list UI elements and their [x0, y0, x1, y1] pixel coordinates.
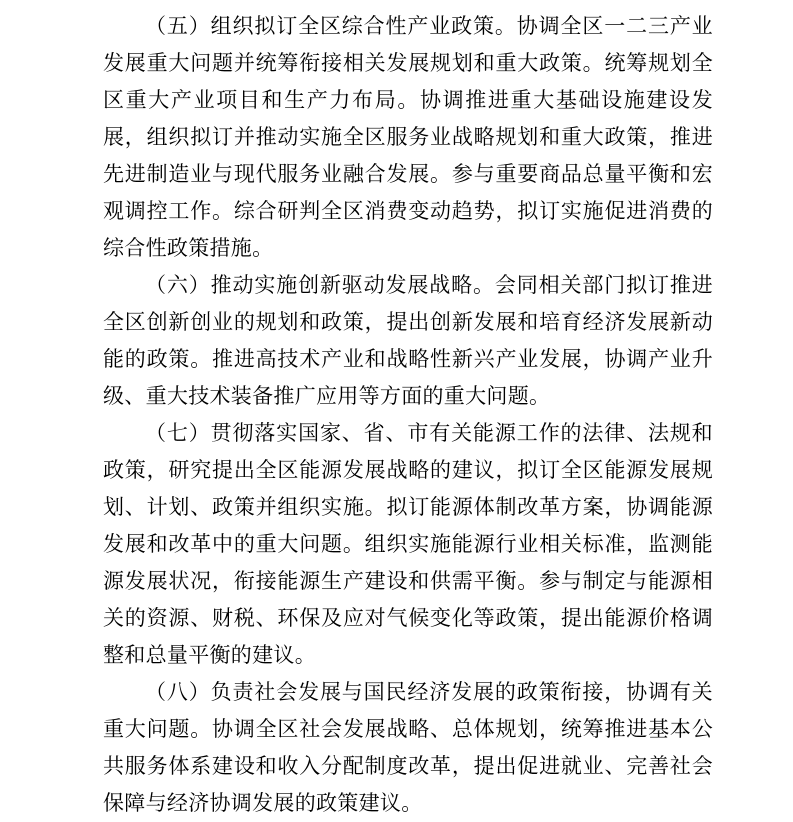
- paragraph-item-5: （五）组织拟订全区综合性产业政策。协调全区一二三产业发展重大问题并统筹衔接相关发…: [103, 8, 713, 267]
- paragraph-item-8: （八）负责社会发展与国民经济发展的政策衔接，协调有关重大问题。协调全区社会发展战…: [103, 674, 713, 822]
- document-page: （五）组织拟订全区综合性产业政策。协调全区一二三产业发展重大问题并统筹衔接相关发…: [0, 0, 793, 822]
- paragraph-item-7: （七）贯彻落实国家、省、市有关能源工作的法律、法规和政策，研究提出全区能源发展战…: [103, 415, 713, 674]
- paragraph-item-6: （六）推动实施创新驱动发展战略。会同相关部门拟订推进全区创新创业的规划和政策，提…: [103, 267, 713, 415]
